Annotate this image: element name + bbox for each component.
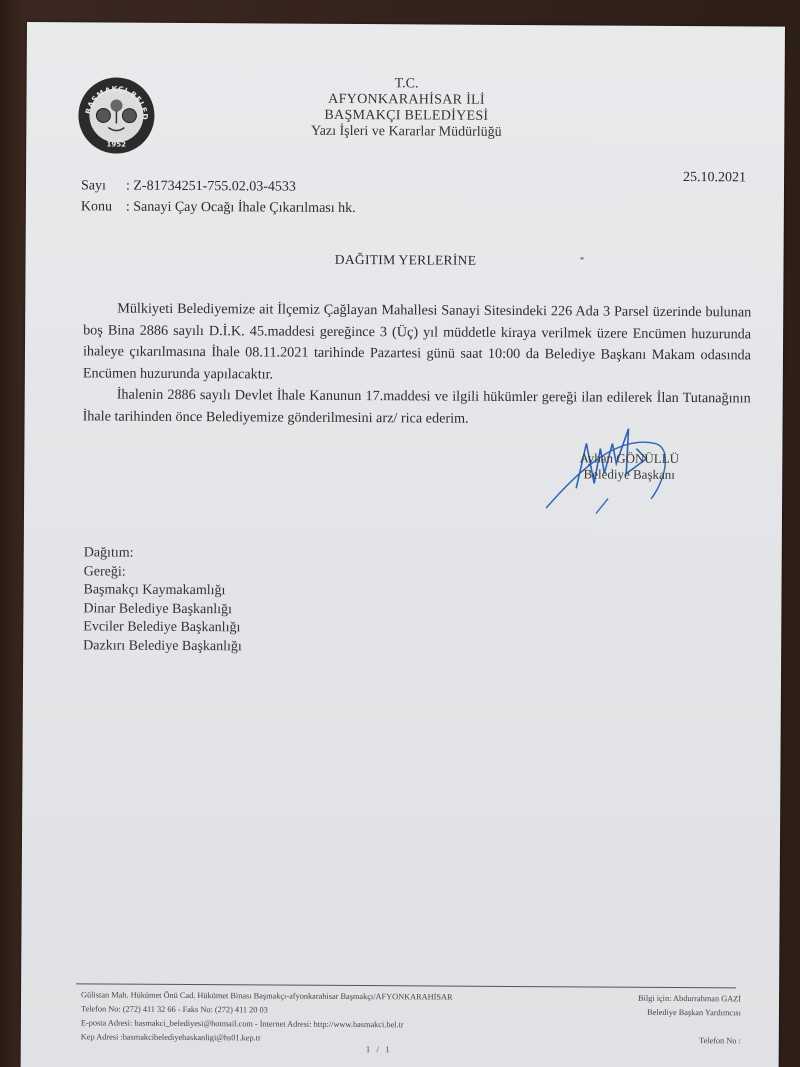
page-number: 1 / 1	[366, 1044, 392, 1054]
konu-value: : Sanayi Çay Ocağı İhale Çıkarılması hk.	[126, 200, 356, 217]
document-page: BAŞMAKÇI BELEDİYESİ 1952 T.C. AFYONKARAH…	[21, 22, 785, 1067]
footer-contact: Gülistan Mah. Hükümet Önü Cad. Hükümet B…	[81, 988, 453, 1046]
svg-text:BAŞMAKÇI BELEDİYESİ: BAŞMAKÇI BELEDİYESİ	[78, 77, 150, 120]
signer-title: Belediye Başkanı	[529, 466, 729, 483]
body-paragraph: Mülkiyeti Belediyemize ait İlçemiz Çağla…	[83, 298, 752, 388]
document-date: 25.10.2021	[683, 170, 746, 186]
distribution-list: Dağıtım: Gereği: Başmakçı Kaymakamlığı D…	[83, 544, 242, 656]
info-phone: Telefon No :	[581, 1033, 741, 1048]
gereği-label: Gereği:	[84, 563, 243, 582]
footer-divider	[76, 983, 736, 988]
distribution-label: Dağıtım:	[84, 544, 243, 563]
recipient: Dinar Belediye Başkanlığı	[83, 600, 242, 619]
sayi-label: Sayı	[81, 178, 106, 194]
footer-info: Bilgi için: Abdurrahman GAZİ Belediye Ba…	[581, 991, 741, 1048]
recipient: Evciler Belediye Başkanlığı	[83, 618, 242, 637]
footer-kep: Kep Adresi :basmakcibelediyebaskanligi@h…	[81, 1030, 453, 1046]
recipient: Dazkırı Belediye Başkanlığı	[83, 637, 242, 656]
municipality-logo: BAŞMAKÇI BELEDİYESİ 1952	[78, 77, 154, 153]
konu-label: Konu	[81, 199, 112, 215]
faint-mark	[581, 257, 584, 259]
recipient: Başmakçı Kaymakamlığı	[83, 581, 242, 600]
svg-text:1952: 1952	[106, 140, 126, 148]
signer-name: Ayhan GÖNÜLLÜ	[529, 450, 729, 467]
sayi-value: : Z-81734251-755.02.03-4533	[126, 179, 296, 196]
distribution-title: DAĞITIM YERLERİNE	[226, 251, 586, 269]
logo-emblem-icon: BAŞMAKÇI BELEDİYESİ 1952	[78, 77, 154, 153]
info-title: Belediye Başkan Yardımcısı	[581, 1005, 741, 1020]
info-contact: Bilgi için: Abdurrahman GAZİ	[581, 991, 741, 1006]
header-department: Yazı İşleri ve Kararlar Müdürlüğü	[226, 123, 586, 141]
